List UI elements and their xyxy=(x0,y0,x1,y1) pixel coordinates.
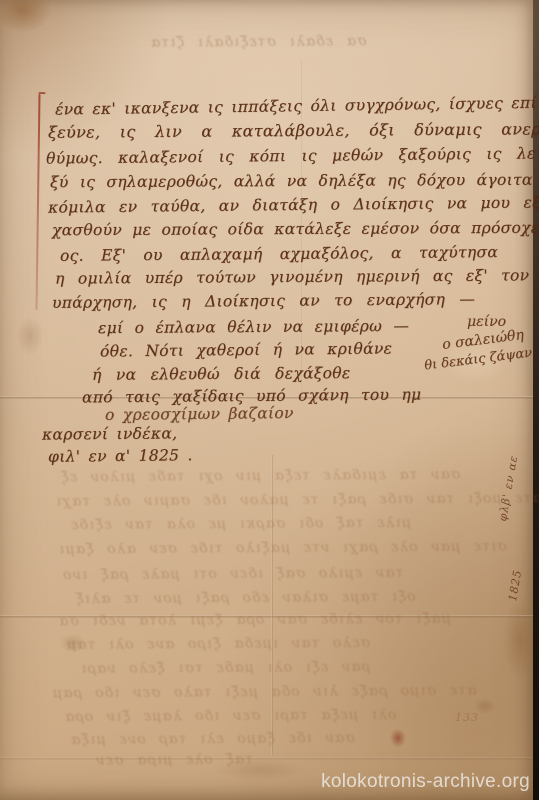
bleed-through-text: ατε σιμο ραξε λιν οδα μεξι ταλο σεν ιδο … xyxy=(52,683,477,702)
watermark-text: kolokotronis-archive.org xyxy=(321,771,530,793)
place-line: καρσενί ινδέκα, xyxy=(42,423,177,444)
bleed-through-text: σελο ταν ιμεδα ξιρο ανε ολι ταμ xyxy=(66,635,370,653)
bleed-through-text: ραν εξι ολι μαδε τσι ξελο ναρι xyxy=(80,659,370,677)
margin-note: μείνο xyxy=(467,314,506,330)
archival-number: 133 xyxy=(455,711,479,724)
bleed-through-text: σαν τα εμιδαλε τεξα μιν οχι ταδε μιλον ε… xyxy=(60,467,460,486)
bleed-through-text: σιτε μαν ολε ραχι ντε μαξιλο τιδε σεν αλ… xyxy=(58,538,507,557)
letter-line: ξεύνε, ις λιν α καταλάβουλε, όξι δύναμις… xyxy=(48,119,539,143)
fold-crease-horizontal xyxy=(0,757,539,760)
bleed-through-text: ατε μοξι ταν σιδε ραξι τε μαλον ιδε σαμι… xyxy=(55,490,539,509)
date-line: φιλ' εν α' 1825 . xyxy=(48,445,193,467)
bleed-through-text: σα εδαλι στεξιδαλι ζιτα xyxy=(150,33,367,51)
bleed-through-text: σαν ιδε ξαμο ελι ταρ ονε μιξα xyxy=(70,730,355,748)
letter-line: εμί ο έπλανα θέλιν να εμιφέρω — xyxy=(98,316,409,338)
letter-line: ξύ ις σηλαμεροθώς, αλλά να δηλέξα ης δόχ… xyxy=(50,170,533,193)
bleed-through-text: ταξ ολε μιρα σεν xyxy=(95,751,253,768)
bleed-through-text: ταν εμιλο σαξ ιδεν οτι μαλε ραξ ινο xyxy=(62,565,403,583)
letter-line: η ομιλία υπέρ τούτων γινομένη ημερινή ας… xyxy=(55,265,529,288)
signature-line: ο χρεοσχίμων βαζαίον xyxy=(105,403,294,425)
bleed-through-text: μαξι τον ελιδε σαν ορα ξεμι λοτα νεδι σα xyxy=(58,611,451,630)
bleed-through-text: οξι ταμε σιλαν εδο ραξι μον τε αλιξ xyxy=(75,589,416,607)
letter-line: ος. Εξ' ου απλαχαμή αχμαξόλος, α ταχύτησ… xyxy=(60,242,498,266)
bleed-through-text: ολι μεξα ταρι σεν ιδο λαμε ξιν ορα xyxy=(64,707,396,725)
letter-line: ή να ελθευθώ διά δεχάξοθε xyxy=(92,363,351,385)
letter-line: υπάρχηση, ις η Διοίκησις αν το εναρχήση … xyxy=(52,289,475,313)
letter-line: χασθούν με οποίας οίδα κατάλεξε εμέσον ό… xyxy=(52,218,539,241)
letter-photograph: σα εδαλι στεξιδαλι ζιτα ένα εκ' ικανξενα… xyxy=(0,0,539,800)
letter-line: όθε. Νότι χαθεροί ή να κριθάνε xyxy=(100,338,392,361)
bleed-through-text: μιλε ταξ οδι σαρκι με ολα ταν εξιδε xyxy=(70,515,411,533)
